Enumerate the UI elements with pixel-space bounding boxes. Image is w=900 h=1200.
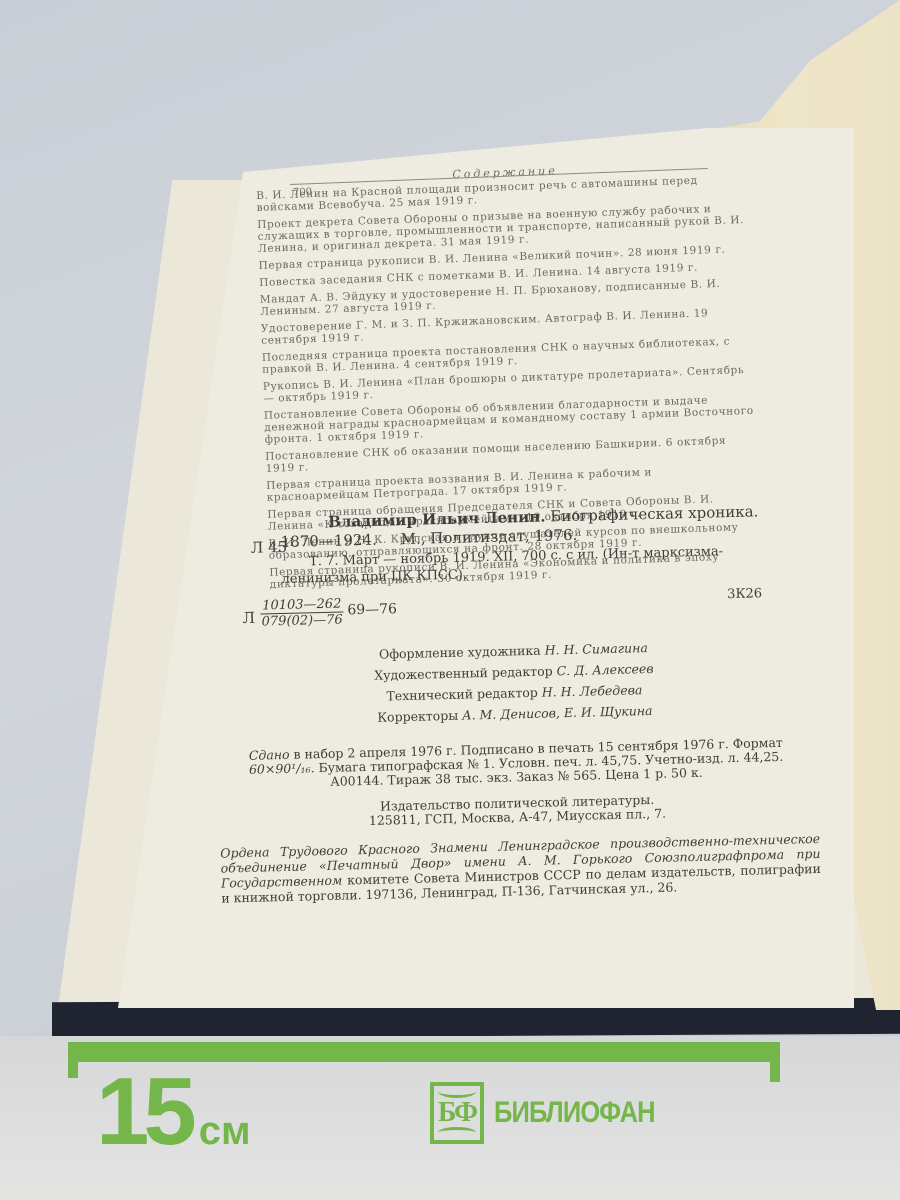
credit-role: Технический редактор [386, 685, 538, 704]
credit-role: Художественный редактор [374, 663, 553, 682]
credit-name: Н. Н. Симагина [544, 640, 648, 658]
colophon: Л 45 Владимир Ильич Ленин. Биографическа… [240, 502, 789, 905]
credit-name: А. М. Денисов, Е. И. Щукина [462, 703, 653, 723]
size-unit: см [199, 1109, 251, 1153]
brand-logo: БФ БИБЛИОФАН [430, 1082, 683, 1144]
index-prefix: Л [242, 609, 255, 627]
print-format: 60×90¹/₁₆. [249, 760, 315, 777]
catalog-index: Л 10103—262 079(02)—76 69—76 3К26 [242, 586, 783, 639]
publisher: Издательство политической литературы. 12… [247, 790, 788, 831]
print-info: Сдано в набор 2 апреля 1976 г. Подписано… [246, 736, 787, 791]
index-denominator: 079(02)—76 [260, 612, 344, 629]
index-fraction: 10103—262 079(02)—76 [260, 597, 344, 630]
title-years: 1870—1924. [280, 531, 377, 551]
size-value: 15 [96, 1058, 191, 1165]
publisher-city: М., Политиздат, 1976. [400, 526, 577, 548]
library-code: Л 45 [251, 538, 288, 558]
credit-name: Н. Н. Лебедева [542, 682, 643, 699]
credit-role: Оформление художника [379, 643, 541, 662]
book-bottom-curve [438, 1127, 476, 1138]
open-book-icon: БФ [430, 1082, 484, 1144]
credit-name: С. Д. Алексеев [556, 661, 653, 678]
credit-role: Корректоры [377, 708, 458, 725]
brand-name: БИБЛИОФАН [494, 1096, 655, 1130]
size-ruler-left-tick [68, 1042, 78, 1078]
size-label: 15см [96, 1064, 251, 1160]
bbk-code: 3К26 [727, 586, 762, 602]
index-range: 69—76 [347, 601, 397, 618]
brand-monogram: БФ [438, 1097, 476, 1129]
credits: Оформление художника Н. Н. Симагина Худо… [243, 634, 785, 731]
size-ruler-right-tick [770, 1042, 780, 1082]
book-top-curve [438, 1085, 476, 1098]
title-subtitle: Биографическая хроника. [550, 502, 759, 525]
